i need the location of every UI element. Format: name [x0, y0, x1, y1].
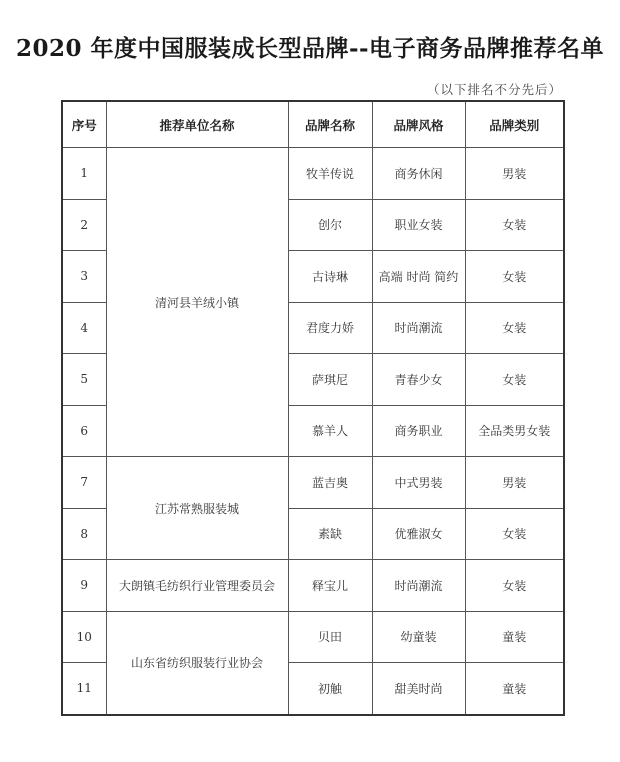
brand-category: 女装	[465, 251, 564, 303]
serial-number: 4	[62, 302, 106, 354]
table-row: 9 大朗镇毛纺织行业管理委员会 释宝儿 时尚潮流 女装	[62, 560, 564, 612]
recommending-unit: 清河县羊绒小镇	[106, 148, 288, 457]
table-row: 7 江苏常熟服装城 蓝吉奥 中式男装 男装	[62, 457, 564, 509]
brand-category: 女装	[465, 354, 564, 406]
brand-name: 蓝吉奥	[288, 457, 372, 509]
brand-name: 素缺	[288, 508, 372, 560]
serial-number: 5	[62, 354, 106, 406]
table-row: 1 清河县羊绒小镇 牧羊传说 商务休闲 男装	[62, 148, 564, 200]
brand-name: 创尔	[288, 199, 372, 251]
brand-style: 商务职业	[372, 405, 465, 457]
brand-name: 慕羊人	[288, 405, 372, 457]
brand-style: 职业女装	[372, 199, 465, 251]
serial-number: 2	[62, 199, 106, 251]
header-serial-number: 序号	[62, 101, 106, 148]
serial-number: 11	[62, 663, 106, 715]
brand-style: 甜美时尚	[372, 663, 465, 715]
brand-style: 时尚潮流	[372, 560, 465, 612]
table-header-row: 序号 推荐单位名称 品牌名称 品牌风格 品牌类别	[62, 101, 564, 148]
brand-category: 女装	[465, 508, 564, 560]
serial-number: 9	[62, 560, 106, 612]
brand-category: 女装	[465, 560, 564, 612]
serial-number: 8	[62, 508, 106, 560]
brand-recommendation-table: 序号 推荐单位名称 品牌名称 品牌风格 品牌类别 1 清河县羊绒小镇 牧羊传说 …	[61, 100, 565, 716]
brand-style: 优雅淑女	[372, 508, 465, 560]
brand-name: 君度力娇	[288, 302, 372, 354]
brand-style: 高端 时尚 简约	[372, 251, 465, 303]
brand-name: 初触	[288, 663, 372, 715]
ordering-note: （以下排名不分先后）	[427, 80, 562, 98]
serial-number: 1	[62, 148, 106, 200]
brand-style: 中式男装	[372, 457, 465, 509]
brand-category: 童装	[465, 663, 564, 715]
brand-style: 商务休闲	[372, 148, 465, 200]
serial-number: 10	[62, 611, 106, 663]
brand-category: 男装	[465, 457, 564, 509]
brand-style: 幼童装	[372, 611, 465, 663]
header-brand-category: 品牌类别	[465, 101, 564, 148]
serial-number: 7	[62, 457, 106, 509]
recommending-unit: 大朗镇毛纺织行业管理委员会	[106, 560, 288, 612]
recommending-unit: 江苏常熟服装城	[106, 457, 288, 560]
header-brand-name: 品牌名称	[288, 101, 372, 148]
table-row: 10 山东省纺织服装行业协会 贝田 幼童装 童装	[62, 611, 564, 663]
document-title: 2020 年度中国服装成长型品牌--电子商务品牌推荐名单	[0, 30, 620, 63]
brand-category: 男装	[465, 148, 564, 200]
brand-category: 女装	[465, 199, 564, 251]
serial-number: 6	[62, 405, 106, 457]
brand-name: 萨琪尼	[288, 354, 372, 406]
brand-style: 时尚潮流	[372, 302, 465, 354]
recommending-unit: 山东省纺织服装行业协会	[106, 611, 288, 715]
brand-category: 全品类男女装	[465, 405, 564, 457]
brand-name: 贝田	[288, 611, 372, 663]
brand-name: 牧羊传说	[288, 148, 372, 200]
brand-name: 古诗琳	[288, 251, 372, 303]
brand-style: 青春少女	[372, 354, 465, 406]
brand-name: 释宝儿	[288, 560, 372, 612]
serial-number: 3	[62, 251, 106, 303]
brand-category: 女装	[465, 302, 564, 354]
header-recommending-unit: 推荐单位名称	[106, 101, 288, 148]
header-brand-style: 品牌风格	[372, 101, 465, 148]
brand-category: 童装	[465, 611, 564, 663]
